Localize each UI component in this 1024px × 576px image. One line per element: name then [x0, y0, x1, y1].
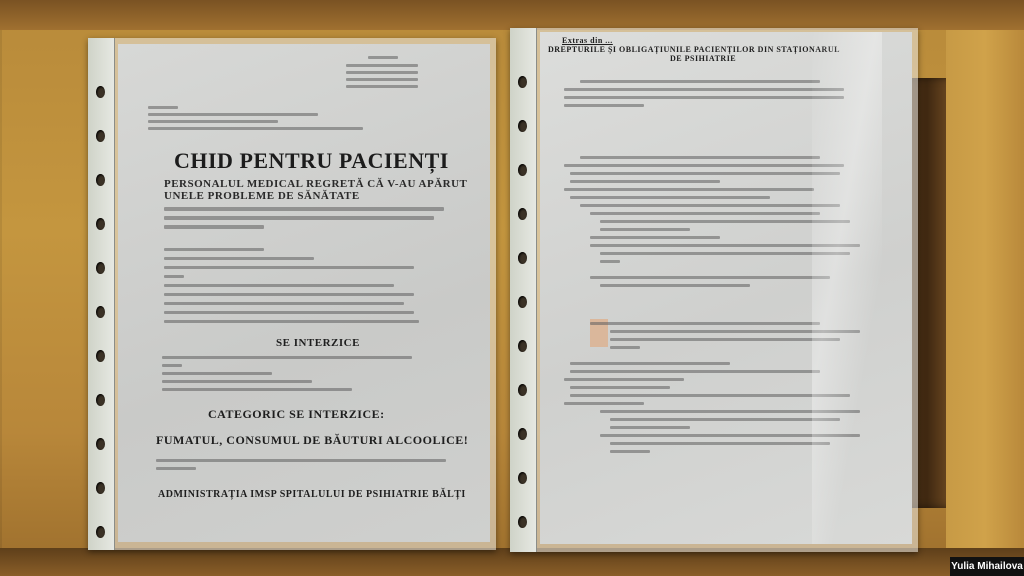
- illegible-text-line: [580, 80, 820, 83]
- punch-hole: [518, 76, 527, 88]
- illegible-text-line: [164, 207, 444, 211]
- wooden-frame-right: [946, 30, 1024, 550]
- illegible-text-line: [162, 388, 352, 391]
- punched-strip: [510, 28, 537, 552]
- illegible-text-line: [164, 257, 314, 260]
- illegible-text-line: [164, 311, 414, 314]
- punch-hole: [96, 482, 105, 494]
- illegible-text-line: [164, 275, 184, 278]
- illegible-text-line: [570, 172, 840, 175]
- punch-hole: [96, 130, 105, 142]
- punch-hole: [96, 86, 105, 98]
- illegible-text-line: [610, 450, 650, 453]
- illegible-text-line: [162, 356, 412, 359]
- punch-hole: [518, 340, 527, 352]
- illegible-text-line: [564, 164, 844, 167]
- punch-hole: [96, 350, 105, 362]
- punch-hole: [518, 164, 527, 176]
- illegible-text-line: [570, 386, 670, 389]
- notice-signature: ADMINISTRAȚIA IMSP SPITALULUI DE PSIHIAT…: [158, 489, 466, 500]
- illegible-text-line: [564, 96, 844, 99]
- illegible-text-line: [156, 467, 196, 470]
- punch-hole: [518, 296, 527, 308]
- notice-header: Extras din ...: [562, 36, 613, 45]
- illegible-text-line: [564, 188, 814, 191]
- illegible-text-line: [580, 204, 840, 207]
- punch-hole: [518, 120, 527, 132]
- illegible-text-line: [570, 180, 720, 183]
- plastic-glare: [812, 32, 882, 544]
- illegible-text-line: [164, 225, 264, 229]
- illegible-text-line: [600, 260, 620, 263]
- section-strictly-forbidden-heading: CATEGORIC SE INTERZICE:: [208, 407, 385, 422]
- illegible-text-line: [164, 248, 264, 251]
- illegible-text-line: [164, 320, 419, 323]
- punch-hole: [518, 516, 527, 528]
- punch-hole: [518, 208, 527, 220]
- punch-hole: [96, 262, 105, 274]
- illegible-text-line: [368, 56, 398, 59]
- illegible-text-line: [162, 372, 272, 375]
- illegible-text-line: [148, 106, 178, 109]
- illegible-text-line: [590, 322, 820, 325]
- illegible-text-line: [570, 196, 770, 199]
- section-forbidden-heading: SE INTERZICE: [276, 337, 360, 349]
- illegible-text-line: [570, 394, 850, 397]
- punched-strip: [88, 38, 115, 550]
- notice-right: Extras din ... DREPTURILE ȘI OBLIGAȚIUNI…: [540, 32, 912, 544]
- punch-hole: [518, 428, 527, 440]
- illegible-text-line: [610, 346, 640, 349]
- notice-title: CHID PENTRU PACIENȚI: [174, 148, 449, 174]
- notice-title-line-1: DREPTURILE ȘI OBLIGAȚIUNILE PACIENȚILOR …: [548, 45, 840, 54]
- illegible-text-line: [590, 276, 830, 279]
- illegible-text-line: [564, 402, 644, 405]
- illegible-text-line: [580, 156, 820, 159]
- illegible-text-line: [600, 228, 690, 231]
- photo-credit: Yulia Mihailova: [950, 557, 1024, 576]
- punch-hole: [96, 218, 105, 230]
- punch-hole: [96, 394, 105, 406]
- illegible-text-line: [164, 216, 434, 220]
- punch-hole: [518, 252, 527, 264]
- illegible-text-line: [162, 364, 182, 367]
- illegible-text-line: [564, 378, 684, 381]
- illegible-text-line: [164, 284, 394, 287]
- illegible-text-line: [346, 85, 418, 88]
- illegible-text-line: [164, 302, 404, 305]
- illegible-text-line: [148, 113, 318, 116]
- punch-hole: [96, 174, 105, 186]
- punch-hole: [96, 438, 105, 450]
- punch-hole: [96, 526, 105, 538]
- illegible-text-line: [162, 380, 312, 383]
- illegible-text-line: [590, 212, 820, 215]
- punch-hole: [518, 384, 527, 396]
- illegible-text-line: [590, 236, 720, 239]
- forbidden-item: FUMATUL, CONSUMUL DE BĂUTURI ALCOOLICE!: [156, 433, 468, 448]
- illegible-text-line: [156, 459, 446, 462]
- illegible-text-line: [570, 362, 730, 365]
- illegible-text-line: [346, 78, 418, 81]
- illegible-text-line: [148, 120, 278, 123]
- illegible-text-line: [570, 370, 820, 373]
- punch-hole: [96, 306, 105, 318]
- notice-title-line-2: DE PSIHIATRIE: [670, 54, 736, 63]
- punch-hole: [518, 472, 527, 484]
- notice-subtitle-2: UNELE PROBLEME DE SĂNĂTATE: [164, 190, 360, 202]
- illegible-text-line: [610, 426, 690, 429]
- illegible-text-line: [564, 104, 644, 107]
- illegible-text-line: [600, 284, 750, 287]
- illegible-text-line: [346, 71, 418, 74]
- illegible-text-line: [164, 266, 414, 269]
- illegible-text-line: [346, 64, 418, 67]
- illegible-text-line: [610, 442, 830, 445]
- notice-subtitle-1: PERSONALUL MEDICAL REGRETĂ CĂ V-AU APĂRU…: [164, 178, 467, 190]
- wooden-board-top: [0, 0, 1024, 30]
- illegible-text-line: [148, 127, 363, 130]
- illegible-text-line: [610, 338, 840, 341]
- notice-left: CHID PENTRU PACIENȚI PERSONALUL MEDICAL …: [118, 44, 490, 542]
- illegible-text-line: [564, 88, 844, 91]
- wooden-board-bottom: [0, 548, 1024, 576]
- illegible-text-line: [164, 293, 414, 296]
- illegible-text-line: [610, 418, 840, 421]
